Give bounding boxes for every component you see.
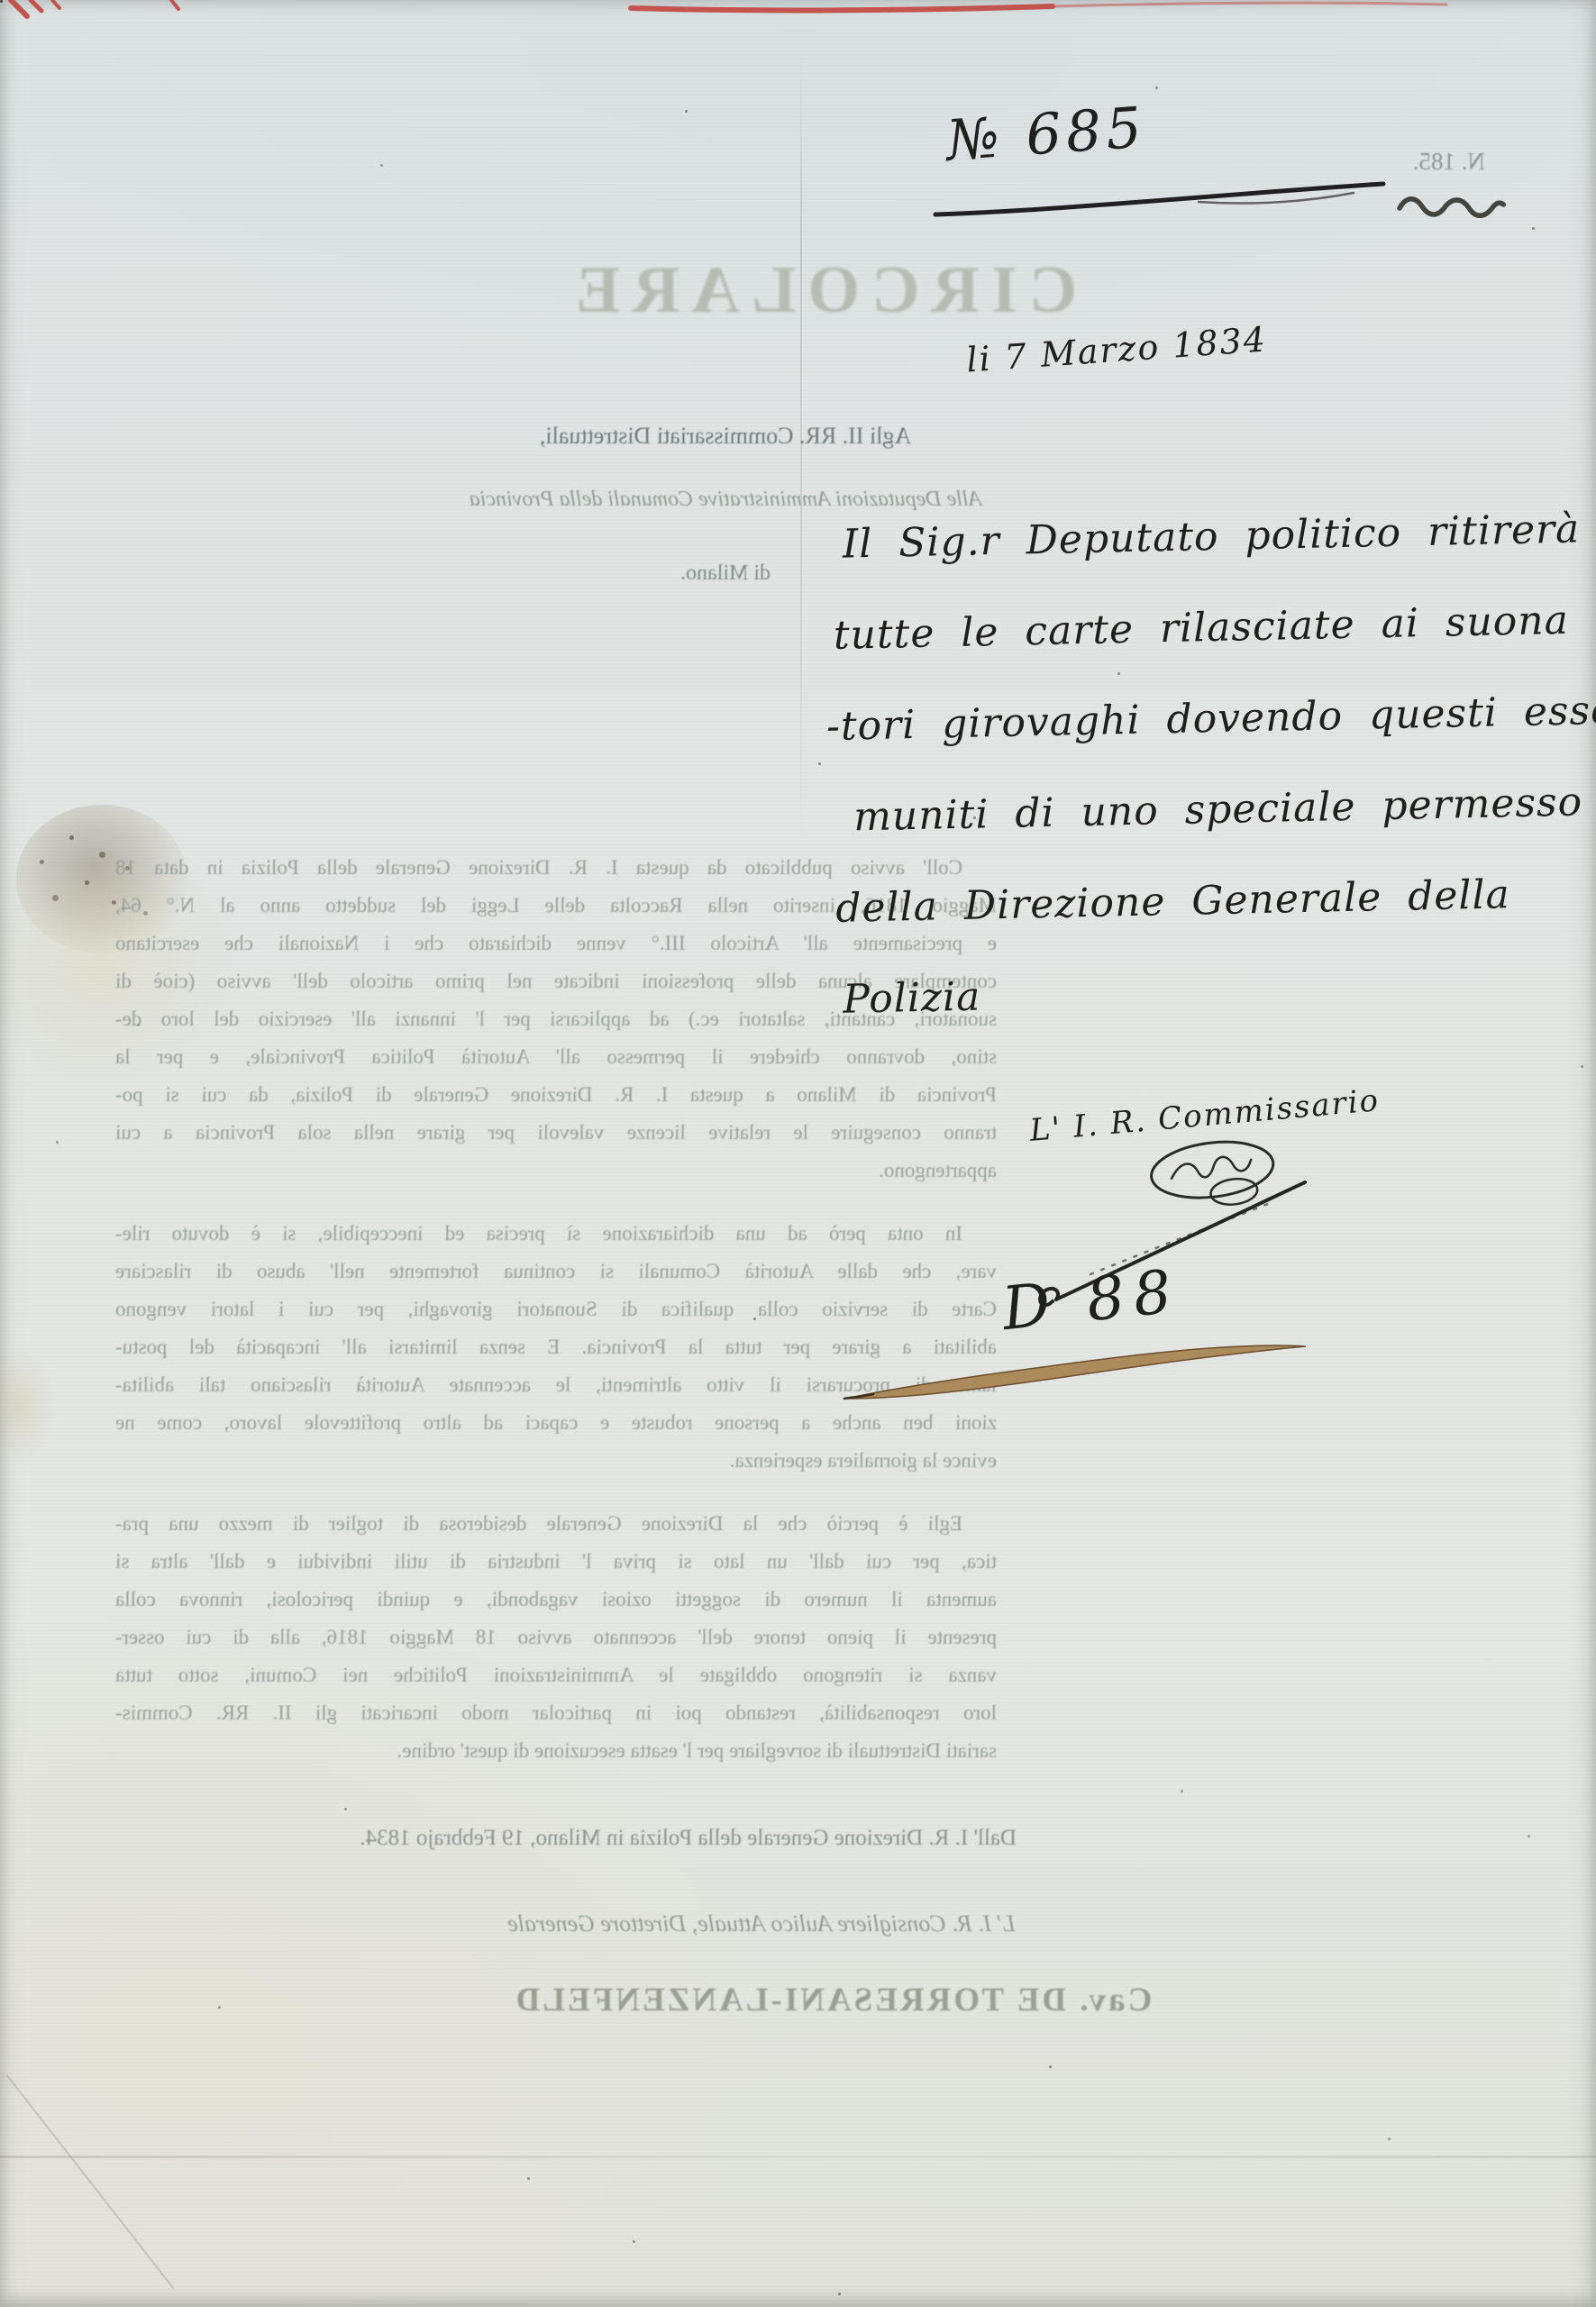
ghost-text-line: appartengono. <box>115 1152 997 1190</box>
ghost-text-line: Egli è perciò che la Direzione Generale … <box>115 1505 997 1543</box>
ghost-text-line: Carte di servizio colla qualifica di Suo… <box>115 1290 997 1328</box>
note-line: della Direzione Generale della <box>834 847 1596 954</box>
ghost-text-line: In onta però ad una dichiarazione sì pre… <box>115 1215 997 1253</box>
note-line: -tori girovaghi dovendo questi essere <box>825 665 1596 772</box>
ghost-text-line: Provincia di Milano a questa I. R. Direz… <box>115 1076 997 1114</box>
red-edge-marks-icon <box>0 0 1596 23</box>
handwritten-note: Il Sig.r Deputato politico ritireràtutte… <box>822 483 1596 1045</box>
ghost-paragraph: Egli è perciò che la Direzione Generale … <box>115 1505 997 1770</box>
sepia-ink-streak-icon <box>843 1343 1316 1408</box>
registration-underline-flourish-icon <box>928 171 1392 222</box>
ghost-text-line: presente il pieno tenore dell' accennato… <box>115 1619 997 1656</box>
ink-squiggle-icon <box>1396 192 1508 226</box>
ghost-text-line: evince la giornaliera esperienza. <box>115 1442 997 1480</box>
corner-crease <box>6 2074 174 2289</box>
horizontal-fold-crease <box>0 2156 1596 2158</box>
signature-name-ghost: Cav. DE TORRESANI-LANZENFELD <box>491 1981 1174 2020</box>
ghost-text-line: sariati Distrettuali di sorvegliare per … <box>115 1732 997 1770</box>
registration-number: № 685 <box>944 94 1148 173</box>
document-page: N. 185. CIRCOLARE Agli II. RR. Commissar… <box>0 0 1596 2307</box>
signature-title-ghost: L' I. R. Consigliere Aulico Attuale, Dir… <box>424 1910 1099 1938</box>
note-line: Il Sig.r Deputato politico ritirerà <box>842 483 1596 590</box>
note-line: tutte le carte rilasciate ai suona <box>833 574 1596 681</box>
ghost-text-line: vanza si ritengono obbligate le Amminist… <box>115 1656 997 1694</box>
note-line: Polizia <box>842 938 1596 1045</box>
ghost-text-line: zioni ben anche a persone robuste e capa… <box>115 1404 997 1442</box>
ghost-text-line: vare, che dalle Autorità Comunali si con… <box>115 1253 997 1290</box>
ghost-text-line: aumenta il numero di soggetti oziosi vag… <box>115 1581 997 1619</box>
dust-specks <box>0 0 3 3</box>
address-line: Agli II. RR. Commissariati Distrettuali, <box>378 422 1072 451</box>
ghost-text-line: loro responsabilità, restando poi in par… <box>115 1694 997 1732</box>
handwritten-initials: D 88 <box>999 1256 1184 1344</box>
ghost-text-line: tranno conseguire le relative licenze va… <box>115 1114 997 1152</box>
note-line: muniti di uno speciale permesso <box>853 756 1596 862</box>
dateline-ghost: Dall' I. R. Direzione Generale della Pol… <box>315 1826 1017 1851</box>
edge-stain <box>0 1347 56 1464</box>
circular-title-ghost: CIRCOLARE <box>467 252 1174 329</box>
ghost-text-line: tica, per cui dall' un lato si priva l' … <box>115 1543 997 1581</box>
